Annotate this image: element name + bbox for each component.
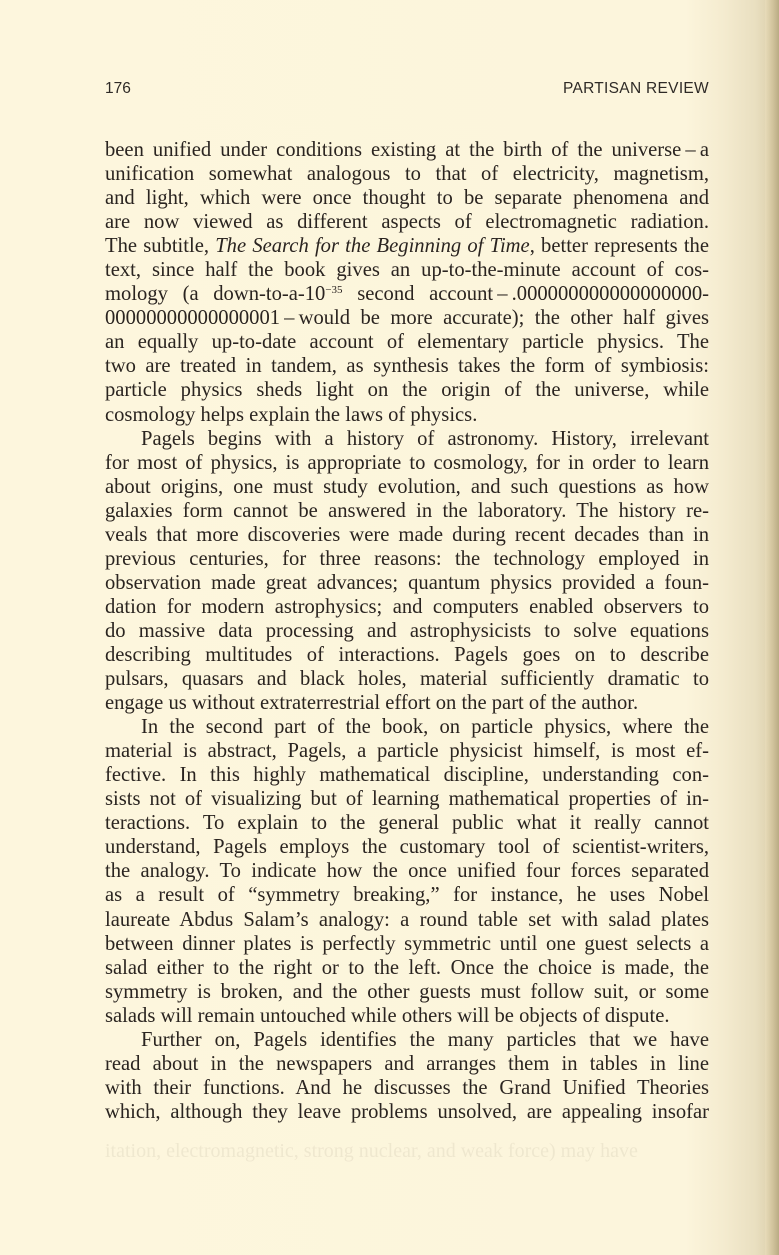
text-line: dation for modern astrophysics; and comp… — [105, 595, 709, 619]
show-through-text: itation, electromagnetic, strong nuclear… — [105, 1140, 709, 1163]
text-line: text, since half the book gives an up-to… — [105, 258, 709, 282]
text-line: material is abstract, Pagels, a particle… — [105, 739, 709, 763]
text-line: 00000000000000001 – would be more accura… — [105, 306, 709, 330]
text-line-with-exponent: mology (a down-to-a-10−35 second account… — [105, 282, 709, 306]
text-line: and light, which were once thought to be… — [105, 186, 709, 210]
text-line: teractions. To explain to the general pu… — [105, 811, 709, 835]
text-fragment: mology (a down-to-a-10 — [105, 283, 325, 305]
text-line: which, although they leave problems unso… — [105, 1100, 709, 1124]
exponent: −35 — [325, 284, 342, 296]
text-line: pulsars, quasars and black holes, materi… — [105, 667, 709, 691]
text-line: for most of physics, is appropriate to c… — [105, 451, 709, 475]
text-line: galaxies form cannot be answered in the … — [105, 499, 709, 523]
book-subtitle: The Search for the Beginning of Time — [215, 235, 529, 257]
text-line: unification somewhat analogous to that o… — [105, 162, 709, 186]
text-fragment: second account – .000000000000000000- — [343, 283, 709, 305]
page-number: 176 — [105, 80, 131, 98]
text-line: previous centuries, for three reasons: t… — [105, 547, 709, 571]
text-line: are now viewed as different aspects of e… — [105, 210, 709, 234]
text-line: observation made great advances; quantum… — [105, 571, 709, 595]
text-fragment: , better represents the — [530, 235, 709, 257]
running-head: 176 PARTISAN REVIEW — [105, 80, 709, 102]
article-body: been unified under conditions existing a… — [105, 138, 709, 1124]
text-line: two are treated in tandem, as synthesis … — [105, 354, 709, 378]
text-line: salad either to the right or to the left… — [105, 956, 709, 980]
paragraph-3: In the second part of the book, on parti… — [105, 715, 709, 1028]
paragraph-2: Pagels begins with a history of astronom… — [105, 427, 709, 716]
text-line: an equally up-to-date account of element… — [105, 330, 709, 354]
text-line: sists not of visualizing but of learning… — [105, 787, 709, 811]
text-line: Pagels begins with a history of astronom… — [105, 427, 709, 451]
text-line: laureate Abdus Salam’s analogy: a round … — [105, 908, 709, 932]
paragraph-1: been unified under conditions existing a… — [105, 138, 709, 427]
journal-title: PARTISAN REVIEW — [563, 80, 709, 98]
text-line: cosmology helps explain the laws of phys… — [105, 403, 709, 427]
text-line: with their functions. And he discusses t… — [105, 1076, 709, 1100]
text-line: salads will remain untouched while other… — [105, 1004, 709, 1028]
text-line: engage us without extraterrestrial effor… — [105, 691, 709, 715]
text-line: Further on, Pagels identifies the many p… — [105, 1028, 709, 1052]
text-line: the analogy. To indicate how the once un… — [105, 859, 709, 883]
text-line: understand, Pagels employs the customary… — [105, 835, 709, 859]
paragraph-4: Further on, Pagels identifies the many p… — [105, 1028, 709, 1124]
text-fragment: The subtitle, — [105, 235, 215, 257]
text-line: been unified under conditions existing a… — [105, 138, 709, 162]
text-line: describing multitudes of interactions. P… — [105, 643, 709, 667]
text-line: veals that more discoveries were made du… — [105, 523, 709, 547]
text-line: read about in the newspapers and arrange… — [105, 1052, 709, 1076]
text-line: between dinner plates is perfectly symme… — [105, 932, 709, 956]
text-line: particle physics sheds light on the orig… — [105, 378, 709, 402]
text-line: symmetry is broken, and the other guests… — [105, 980, 709, 1004]
page-spine-shadow — [765, 0, 779, 1255]
book-page: 176 PARTISAN REVIEW itation, electromagn… — [0, 0, 779, 1255]
text-line: about origins, one must study evolution,… — [105, 475, 709, 499]
text-line: do massive data processing and astrophys… — [105, 619, 709, 643]
text-line: as a result of “symmetry breaking,” for … — [105, 883, 709, 907]
text-line: fective. In this highly mathematical dis… — [105, 763, 709, 787]
text-line-with-title: The subtitle, The Search for the Beginni… — [105, 234, 709, 258]
text-line: In the second part of the book, on parti… — [105, 715, 709, 739]
